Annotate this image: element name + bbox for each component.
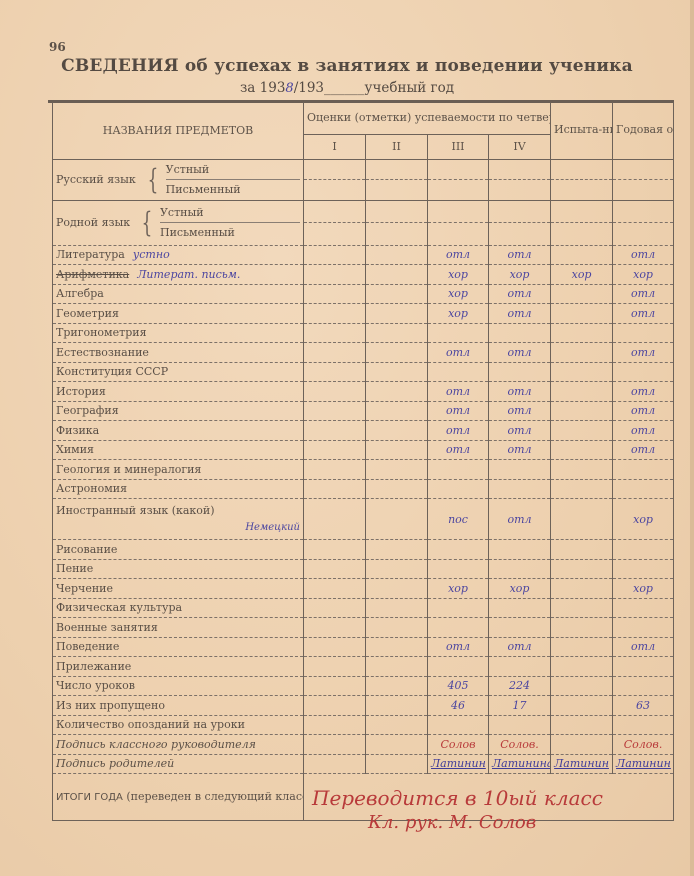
grade-q1 <box>304 362 366 382</box>
header-q2: II <box>366 134 428 159</box>
grade-exam <box>551 618 613 638</box>
grade-q2 <box>366 265 428 285</box>
itogi-handwritten-result: Переводится в 10ый класс <box>312 786 603 810</box>
grade-q2 <box>366 754 428 774</box>
grade-q1 <box>304 343 366 363</box>
grade-q4: 224 <box>489 676 551 696</box>
subject-name: Астрономия <box>56 482 127 495</box>
header-q1: I <box>304 134 366 159</box>
grade-q3: отл <box>428 421 489 441</box>
grade-q3: 46 <box>428 696 489 716</box>
grade-q2 <box>366 421 428 441</box>
grade-q2 <box>366 637 428 657</box>
grade-q3 <box>428 460 489 480</box>
grade-annual <box>613 362 674 382</box>
grade-q4 <box>489 540 551 560</box>
grade-q3: отл <box>428 637 489 657</box>
subject-name: Алгебра <box>56 287 104 300</box>
grade-q3: отл <box>428 343 489 363</box>
grade-q4: отл <box>489 401 551 421</box>
grade-annual <box>613 657 674 677</box>
year-prefix: за 193 <box>240 80 285 96</box>
subject-name: Русский язык <box>56 173 136 186</box>
grade-q2 <box>366 245 428 265</box>
grade-q2 <box>366 323 428 343</box>
grade-q4: отл <box>489 499 551 540</box>
grade-annual <box>613 618 674 638</box>
header-annual: Годовая оценка (отметка) <box>613 102 674 159</box>
table-row: Конституция СССР <box>53 362 674 382</box>
grade-annual <box>613 323 674 343</box>
grade-q3 <box>428 479 489 499</box>
table-row: Подпись классного руководителяСоловСолов… <box>53 735 674 755</box>
grade-annual <box>613 715 674 735</box>
grade-q3: 405 <box>428 676 489 696</box>
grade-exam <box>551 657 613 677</box>
grade-q2 <box>366 479 428 499</box>
subject-name: Родной язык <box>56 216 130 229</box>
grade-annual <box>613 559 674 579</box>
grade-exam <box>551 362 613 382</box>
grade-q3 <box>428 598 489 618</box>
table-row: Физикаотлотлотл <box>53 421 674 441</box>
grade-exam <box>551 715 613 735</box>
grade-q1 <box>304 598 366 618</box>
grade-exam: Латинин <box>551 754 613 774</box>
grade-q1 <box>304 421 366 441</box>
grade-annual <box>613 460 674 480</box>
subject-name: Арифметика <box>56 268 129 281</box>
grade-exam <box>551 323 613 343</box>
grade-exam <box>551 598 613 618</box>
grade-q3: хор <box>428 579 489 599</box>
grade-annual: отл <box>613 343 674 363</box>
grade-q1 <box>304 676 366 696</box>
grade-annual <box>613 479 674 499</box>
grade-q4: отл <box>489 440 551 460</box>
grade-q2 <box>366 440 428 460</box>
row-native: Родной язык { Устный Письменный <box>53 200 674 223</box>
grade-q1 <box>304 323 366 343</box>
grade-annual: отл <box>613 401 674 421</box>
grade-q3: хор <box>428 304 489 324</box>
table-row: Военные занятия <box>53 618 674 638</box>
subject-name: Количество опозданий на уроки <box>56 718 245 731</box>
subject-name: География <box>56 404 119 417</box>
grade-q1 <box>304 382 366 402</box>
table-row: Рисование <box>53 540 674 560</box>
grade-annual: Солов. <box>613 735 674 755</box>
grade-q2 <box>366 676 428 696</box>
header-subjects: НАЗВАНИЯ ПРЕДМЕТОВ <box>53 102 304 159</box>
grade-q4: отл <box>489 421 551 441</box>
grade-exam <box>551 479 613 499</box>
grade-q4 <box>489 618 551 638</box>
grade-q2 <box>366 382 428 402</box>
subject-name: Иностранный язык (какой) <box>56 504 215 517</box>
handwritten-note: устно <box>133 248 170 261</box>
grade-q1 <box>304 637 366 657</box>
table-row: Геология и минералогия <box>53 460 674 480</box>
table-row: Естествознаниеотлотлотл <box>53 343 674 363</box>
grade-q2 <box>366 362 428 382</box>
table-row: Прилежание <box>53 657 674 677</box>
subject-name: Рисование <box>56 543 117 556</box>
grade-q4: отл <box>489 637 551 657</box>
grade-q4: хор <box>489 265 551 285</box>
subject-name: Военные занятия <box>56 621 158 634</box>
grade-q1 <box>304 460 366 480</box>
grade-q4 <box>489 362 551 382</box>
grade-q3: отл <box>428 401 489 421</box>
grade-q4 <box>489 479 551 499</box>
grades-table: НАЗВАНИЯ ПРЕДМЕТОВ Оценки (отметки) успе… <box>52 102 674 821</box>
grade-q4: отл <box>489 245 551 265</box>
table-row: Географияотлотлотл <box>53 401 674 421</box>
subject-name: Тригонометрия <box>56 326 147 339</box>
grade-q1 <box>304 618 366 638</box>
grade-q4: отл <box>489 343 551 363</box>
table-row: Черчениехорхорхор <box>53 579 674 599</box>
grade-annual: отл <box>613 304 674 324</box>
grade-q3: хор <box>428 265 489 285</box>
subject-name: Естествознание <box>56 346 149 359</box>
sub-written: Письменный <box>160 223 300 242</box>
grade-annual: отл <box>613 440 674 460</box>
table-row: Литератураустноотлотлотл <box>53 245 674 265</box>
itogi-handwritten-signature: Кл. рук. М. Солов <box>368 812 536 833</box>
header-exams: Испыта-ния <box>551 102 613 159</box>
grade-q1 <box>304 715 366 735</box>
page-edge <box>690 0 694 876</box>
year-suffix: учебный год <box>365 80 455 96</box>
subject-name: Химия <box>56 443 94 456</box>
grade-q4: 17 <box>489 696 551 716</box>
table-row: АрифметикаЛитерат. письм.хорхорхорхор <box>53 265 674 285</box>
grade-q2 <box>366 284 428 304</box>
subject-name: Литература <box>56 248 125 261</box>
grade-annual: отл <box>613 382 674 402</box>
grade-q1 <box>304 440 366 460</box>
subject-name: Число уроков <box>56 679 135 692</box>
grade-exam <box>551 401 613 421</box>
grade-q2 <box>366 460 428 480</box>
grade-q4 <box>489 559 551 579</box>
grade-q3 <box>428 618 489 638</box>
subject-name: Подпись родителей <box>56 757 174 770</box>
itogi-label: ИТОГИ ГОДА <box>56 792 123 803</box>
grade-q1 <box>304 479 366 499</box>
table-row: Число уроков405224 <box>53 676 674 696</box>
grade-q4: Латинина <box>489 754 551 774</box>
sub-oral: Устный <box>166 160 300 180</box>
page-number: 96 <box>49 40 66 54</box>
grade-q2 <box>366 598 428 618</box>
grade-q3: Солов <box>428 735 489 755</box>
grade-annual: отл <box>613 421 674 441</box>
grade-exam <box>551 245 613 265</box>
grade-exam <box>551 579 613 599</box>
grade-annual: 63 <box>613 696 674 716</box>
grade-q2 <box>366 304 428 324</box>
grade-q3 <box>428 323 489 343</box>
sub-written: Письменный <box>166 180 300 199</box>
subject-name: Физика <box>56 424 99 437</box>
grade-annual: отл <box>613 637 674 657</box>
brace-icon: { <box>142 209 153 237</box>
grade-q2 <box>366 343 428 363</box>
grade-q4: отл <box>489 382 551 402</box>
subject-name: Из них пропущено <box>56 699 165 712</box>
grade-annual <box>613 598 674 618</box>
grade-exam <box>551 637 613 657</box>
grade-q3: пос <box>428 499 489 540</box>
grade-exam <box>551 696 613 716</box>
grade-q1 <box>304 735 366 755</box>
table-row: Физическая культура <box>53 598 674 618</box>
grade-q2 <box>366 696 428 716</box>
grade-q1 <box>304 754 366 774</box>
grade-q3 <box>428 362 489 382</box>
grade-q1 <box>304 579 366 599</box>
row-russian: Русский язык { Устный Письменный <box>53 159 674 180</box>
grade-annual <box>613 676 674 696</box>
grade-exam <box>551 382 613 402</box>
grade-q2 <box>366 540 428 560</box>
grade-q3: хор <box>428 284 489 304</box>
grade-q3 <box>428 715 489 735</box>
grade-q4 <box>489 657 551 677</box>
grade-exam <box>551 284 613 304</box>
grade-q1 <box>304 265 366 285</box>
row-foreign-language: Иностранный язык (какой) Немецкий пос от… <box>53 499 674 540</box>
subject-name: Подпись классного руководителя <box>56 738 256 751</box>
grade-q4 <box>489 323 551 343</box>
grade-q4 <box>489 715 551 735</box>
subject-name: Геометрия <box>56 307 119 320</box>
subject-name: Конституция СССР <box>56 365 168 378</box>
grade-q4 <box>489 598 551 618</box>
grade-q3: Латинин <box>428 754 489 774</box>
grade-q4: Солов. <box>489 735 551 755</box>
grade-q2 <box>366 618 428 638</box>
grade-q3: отл <box>428 440 489 460</box>
subject-name: Физическая культура <box>56 601 182 614</box>
table-row: Алгебрахоротлотл <box>53 284 674 304</box>
grade-exam <box>551 460 613 480</box>
grade-annual: Латинин <box>613 754 674 774</box>
grade-exam <box>551 440 613 460</box>
table-row: Историяотлотлотл <box>53 382 674 402</box>
subject-name: История <box>56 385 106 398</box>
grade-q1 <box>304 559 366 579</box>
grade-q2 <box>366 735 428 755</box>
brace-icon: { <box>147 166 158 194</box>
table-row: Из них пропущено461763 <box>53 696 674 716</box>
grade-q1 <box>304 657 366 677</box>
grade-q1 <box>304 540 366 560</box>
grade-q1 <box>304 696 366 716</box>
table-row: Подпись родителейЛатининЛатининаЛатининЛ… <box>53 754 674 774</box>
grade-exam <box>551 676 613 696</box>
grade-exam <box>551 343 613 363</box>
grade-annual: хор <box>613 579 674 599</box>
grade-exam <box>551 735 613 755</box>
table-row: Поведениеотлотлотл <box>53 637 674 657</box>
grade-exam <box>551 540 613 560</box>
sub-oral: Устный <box>160 203 300 223</box>
grade-annual: хор <box>613 265 674 285</box>
grade-q2 <box>366 401 428 421</box>
handwritten-note: Литерат. письм. <box>137 268 240 281</box>
table-row: Пение <box>53 559 674 579</box>
subject-name: Черчение <box>56 582 113 595</box>
grade-exam <box>551 421 613 441</box>
grade-q3 <box>428 540 489 560</box>
grade-q2 <box>366 715 428 735</box>
grade-annual: отл <box>613 284 674 304</box>
document-title: СВЕДЕНИЯ об успехах в занятиях и поведен… <box>0 56 694 76</box>
grade-exam <box>551 304 613 324</box>
grade-q4: хор <box>489 579 551 599</box>
table-row: Астрономия <box>53 479 674 499</box>
year-handwritten: 8 <box>285 81 293 96</box>
grade-q4: отл <box>489 284 551 304</box>
header-q4: IV <box>489 134 551 159</box>
subject-name: Геология и минералогия <box>56 463 201 476</box>
grade-q3 <box>428 657 489 677</box>
grade-q3: отл <box>428 245 489 265</box>
table-row: Геометрияхоротлотл <box>53 304 674 324</box>
year-middle: /193 <box>294 80 324 96</box>
grade-q4 <box>489 460 551 480</box>
grade-q2 <box>366 579 428 599</box>
school-year-line: за 1938/193______учебный год <box>0 80 694 96</box>
grade-q4: отл <box>489 304 551 324</box>
grade-q1 <box>304 284 366 304</box>
table-row: Количество опозданий на уроки <box>53 715 674 735</box>
grade-q3 <box>428 559 489 579</box>
foreign-language-value: Немецкий <box>245 519 300 536</box>
grade-annual <box>613 540 674 560</box>
grade-annual: отл <box>613 245 674 265</box>
grade-q1 <box>304 245 366 265</box>
header-q3: III <box>428 134 489 159</box>
table-row: Тригонометрия <box>53 323 674 343</box>
grade-exam <box>551 559 613 579</box>
grade-q2 <box>366 657 428 677</box>
subject-name: Пение <box>56 562 93 575</box>
grade-q3: отл <box>428 382 489 402</box>
grade-annual: хор <box>613 499 674 540</box>
grade-q2 <box>366 559 428 579</box>
subject-name: Прилежание <box>56 660 131 673</box>
table-row: Химияотлотлотл <box>53 440 674 460</box>
itogi-hint: (переведен в следующий класс, оставлен н… <box>126 790 303 803</box>
grade-q1 <box>304 401 366 421</box>
header-quarters-group: Оценки (отметки) успеваемости по четверт… <box>304 102 551 134</box>
grade-exam: хор <box>551 265 613 285</box>
grade-q1 <box>304 304 366 324</box>
subject-name: Поведение <box>56 640 119 653</box>
